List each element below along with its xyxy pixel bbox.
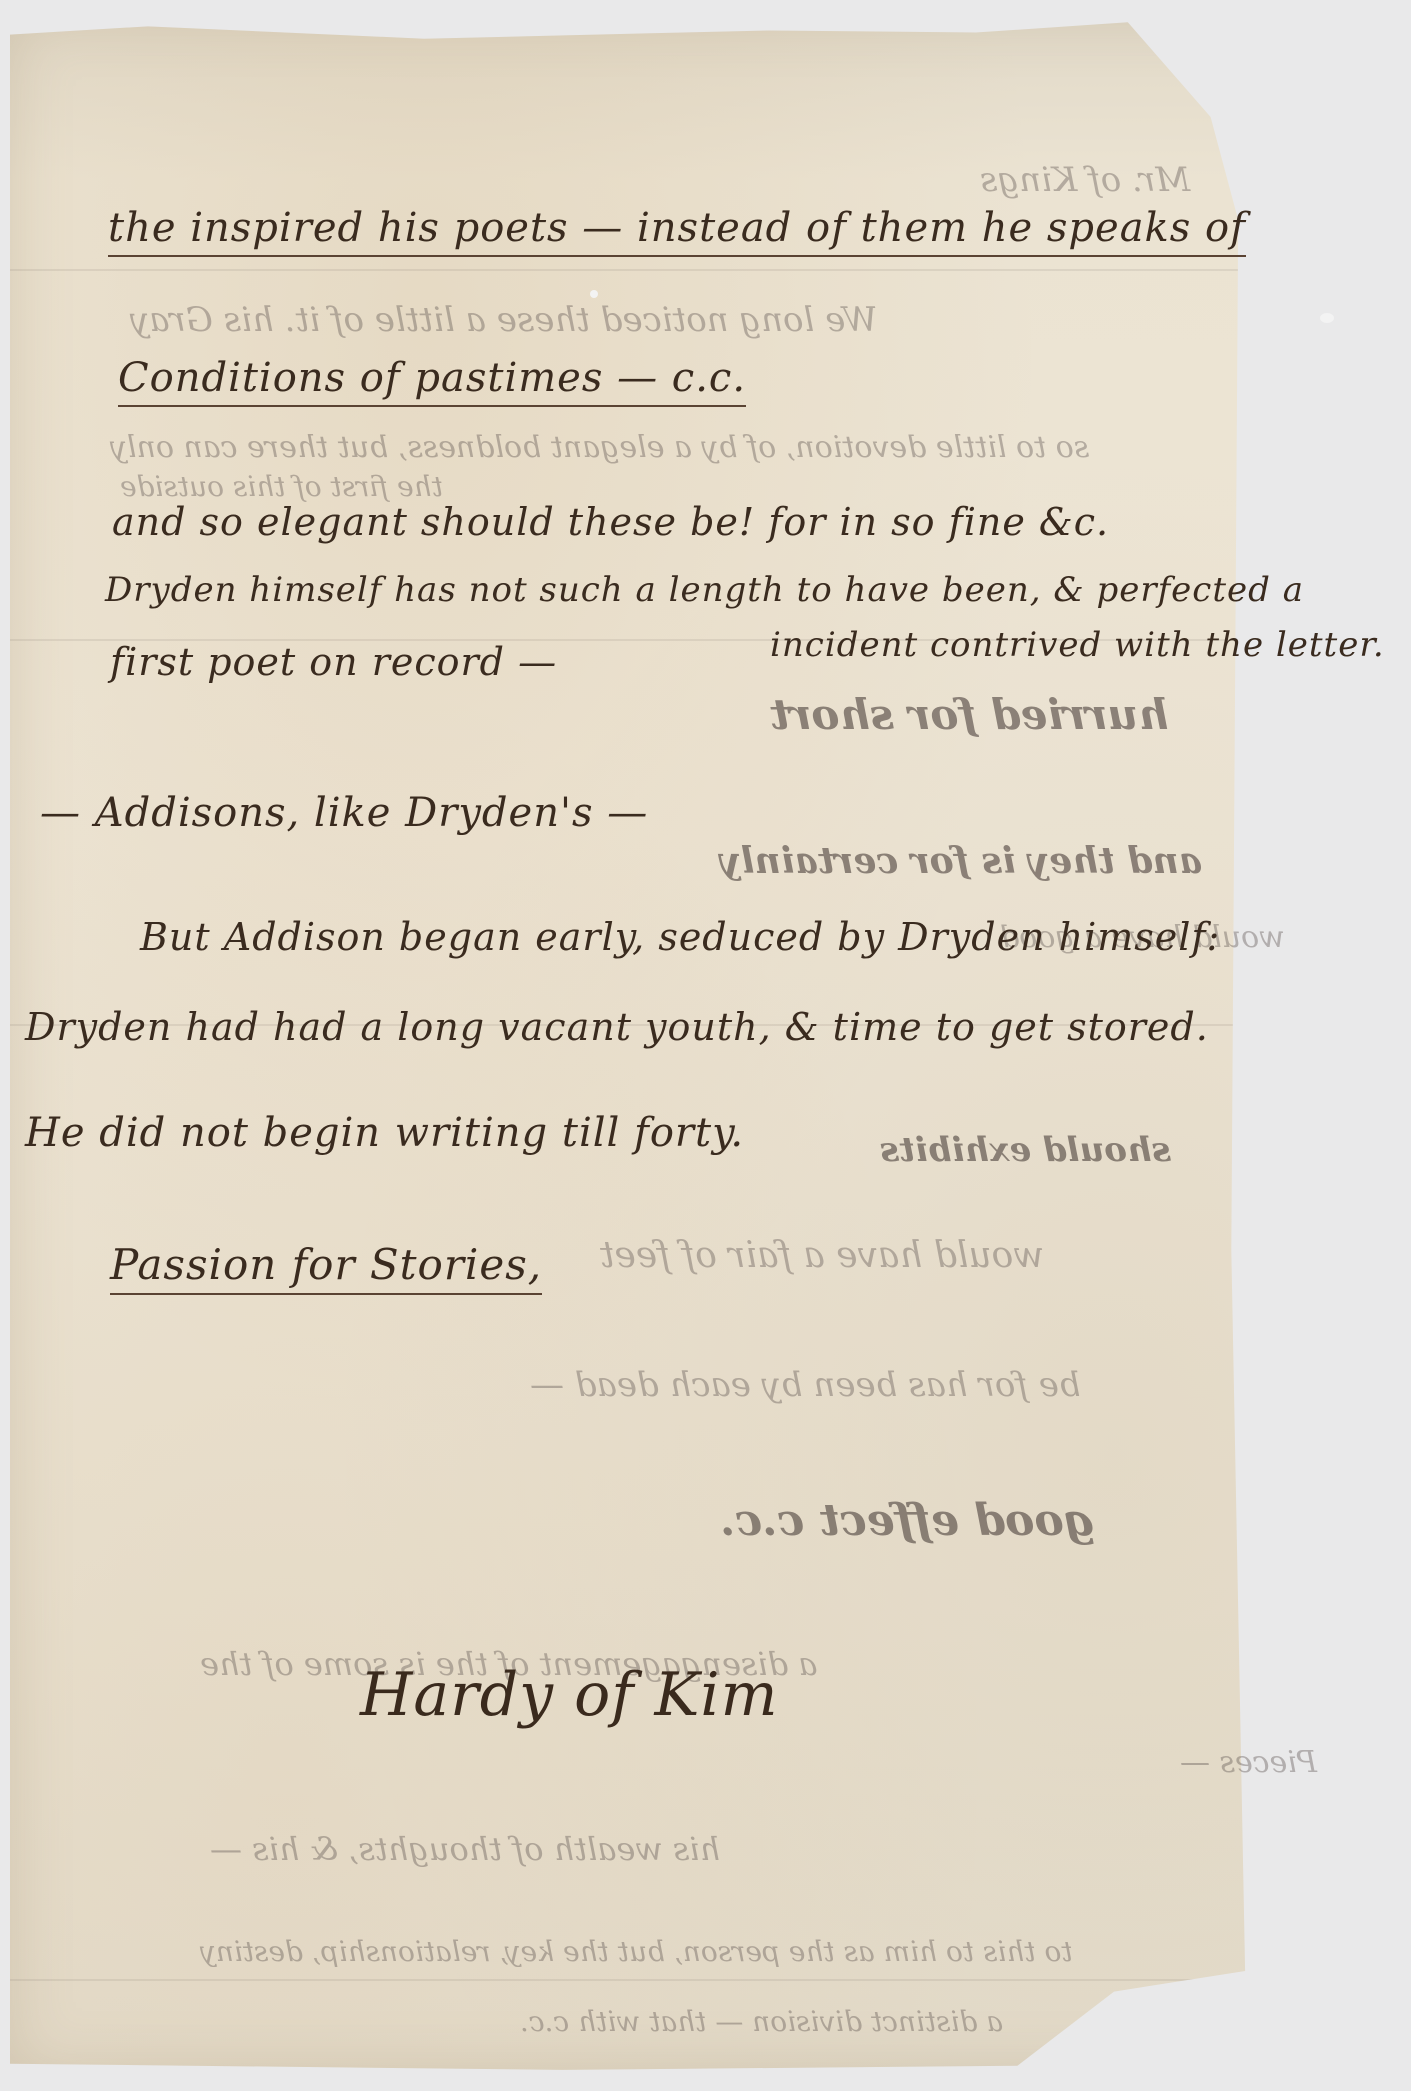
manuscript-line: Passion for Stories, (110, 1240, 542, 1289)
manuscript-line: Dryden had had a long vacant youth, & ti… (25, 1005, 1209, 1049)
manuscript-line: Dryden himself has not such a length to … (105, 570, 1304, 610)
bleed-through-text: We long noticed these a little of it. hi… (130, 300, 878, 340)
manuscript-line: — Addisons, like Dryden's — (40, 790, 648, 836)
bleed-through-text: so to little devotion, of by a elegant b… (110, 430, 1089, 465)
bleed-through-text: be for has been by each dead — (530, 1365, 1081, 1405)
bleed-through-text: a distinct division — that with c.c. (520, 2005, 1003, 2038)
fold-line (10, 269, 1390, 271)
paper-hole (1320, 313, 1334, 323)
signature: Hardy of Kim (360, 1660, 778, 1730)
bleed-through-text: the first of this outside (120, 470, 443, 503)
bleed-through-text: to this to him as the person, but the ke… (200, 1935, 1073, 1968)
bleed-through-text: Pieces — (1180, 1745, 1317, 1780)
bleed-through-text: would have a fair of feet (600, 1235, 1044, 1276)
manuscript-line: incident contrived with the letter. (770, 625, 1385, 665)
bleed-through-text: hurried for short (770, 690, 1169, 739)
manuscript-line: But Addison began early, seduced by Dryd… (140, 915, 1220, 959)
manuscript-line: the inspired his poets — instead of them… (108, 205, 1246, 251)
bleed-through-text: should exhibits (880, 1130, 1171, 1170)
manuscript-line: Conditions of pastimes — c.c. (118, 355, 746, 401)
bleed-through-text: and they is for certainly (720, 840, 1202, 882)
manuscript-line: He did not begin writing till forty. (25, 1110, 744, 1156)
manuscript-line: first poet on record — (110, 640, 557, 684)
fold-line (10, 1979, 1390, 1981)
bleed-through-text: Mr. of Kings (980, 160, 1190, 200)
manuscript-line: and so elegant should these be! for in s… (112, 500, 1109, 544)
bleed-through-text: his wealth of thoughts, & his — (210, 1830, 720, 1868)
bleed-through-text: good effect c.c. (720, 1495, 1095, 1546)
paper-hole (590, 290, 598, 298)
